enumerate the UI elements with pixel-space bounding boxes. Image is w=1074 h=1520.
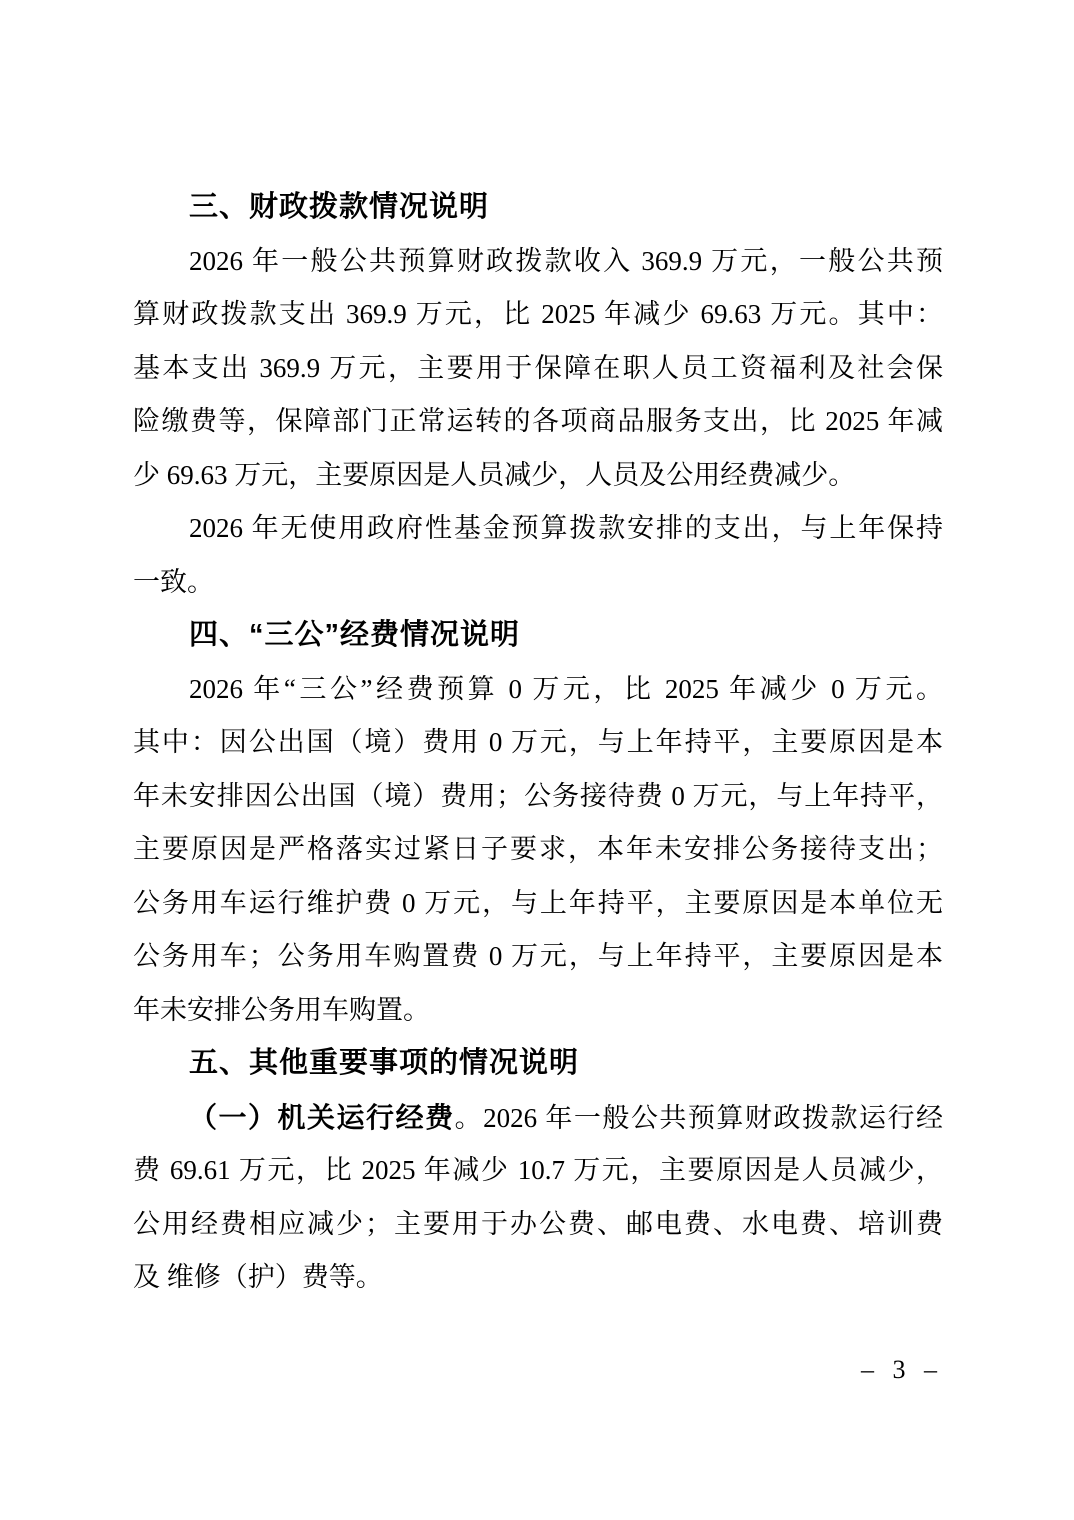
section-heading-other-important-matters: 五、其他重要事项的情况说明 xyxy=(133,1037,943,1091)
text-line: 公务用车运行维护费 0 万元，与上年持平，主要原因是本单位无 xyxy=(133,877,943,931)
text-line: 主要原因是严格落实过紧日子要求，本年未安排公务接待支出； xyxy=(133,823,943,877)
text-line: 费 69.61 万元，比 2025 年减少 10.7 万元，主要原因是人员减少， xyxy=(133,1144,943,1198)
section-heading-three-public-expenses: 四、“三公”经费情况说明 xyxy=(133,609,943,663)
text-line: 公用经费相应减少；主要用于办公费、邮电费、水电费、培训费 xyxy=(133,1198,943,1252)
text-line: 年未安排因公出国（境）费用；公务接待费 0 万元，与上年持平， xyxy=(133,770,943,824)
text-line: 公务用车；公务用车购置费 0 万元，与上年持平，主要原因是本 xyxy=(133,930,943,984)
text-line: （一）机关运行经费。2026 年一般公共预算财政拨款运行经 xyxy=(133,1091,943,1145)
text-line: 年未安排公务用车购置。 xyxy=(133,984,943,1038)
page-body: 三、财政拨款情况说明 2026 年一般公共预算财政拨款收入 369.9 万元，一… xyxy=(133,181,943,1305)
subsection-title-agency-operating-costs: （一）机关运行经费 xyxy=(189,1102,455,1133)
text-line-continuation: 。2026 年一般公共预算财政拨款运行经 xyxy=(455,1103,943,1133)
text-line: 基本支出 369.9 万元，主要用于保障在职人员工资福利及社会保 xyxy=(133,342,943,396)
text-line: 一致。 xyxy=(133,556,943,610)
page-number: – 3 – xyxy=(861,1350,943,1390)
document-page: 三、财政拨款情况说明 2026 年一般公共预算财政拨款收入 369.9 万元，一… xyxy=(0,0,1074,1520)
text-line: 及 维修（护）费等。 xyxy=(133,1251,943,1305)
text-line: 2026 年一般公共预算财政拨款收入 369.9 万元，一般公共预 xyxy=(133,235,943,289)
text-line: 算财政拨款支出 369.9 万元，比 2025 年减少 69.63 万元。其中： xyxy=(133,288,943,342)
text-line: 其中：因公出国（境）费用 0 万元，与上年持平，主要原因是本 xyxy=(133,716,943,770)
section-heading-fiscal-appropriation: 三、财政拨款情况说明 xyxy=(133,181,943,235)
text-line: 少 69.63 万元，主要原因是人员减少，人员及公用经费减少。 xyxy=(133,449,943,503)
text-line: 2026 年“三公”经费预算 0 万元，比 2025 年减少 0 万元。 xyxy=(133,663,943,717)
text-line: 2026 年无使用政府性基金预算拨款安排的支出，与上年保持 xyxy=(133,502,943,556)
text-line: 险缴费等，保障部门正常运转的各项商品服务支出，比 2025 年减 xyxy=(133,395,943,449)
